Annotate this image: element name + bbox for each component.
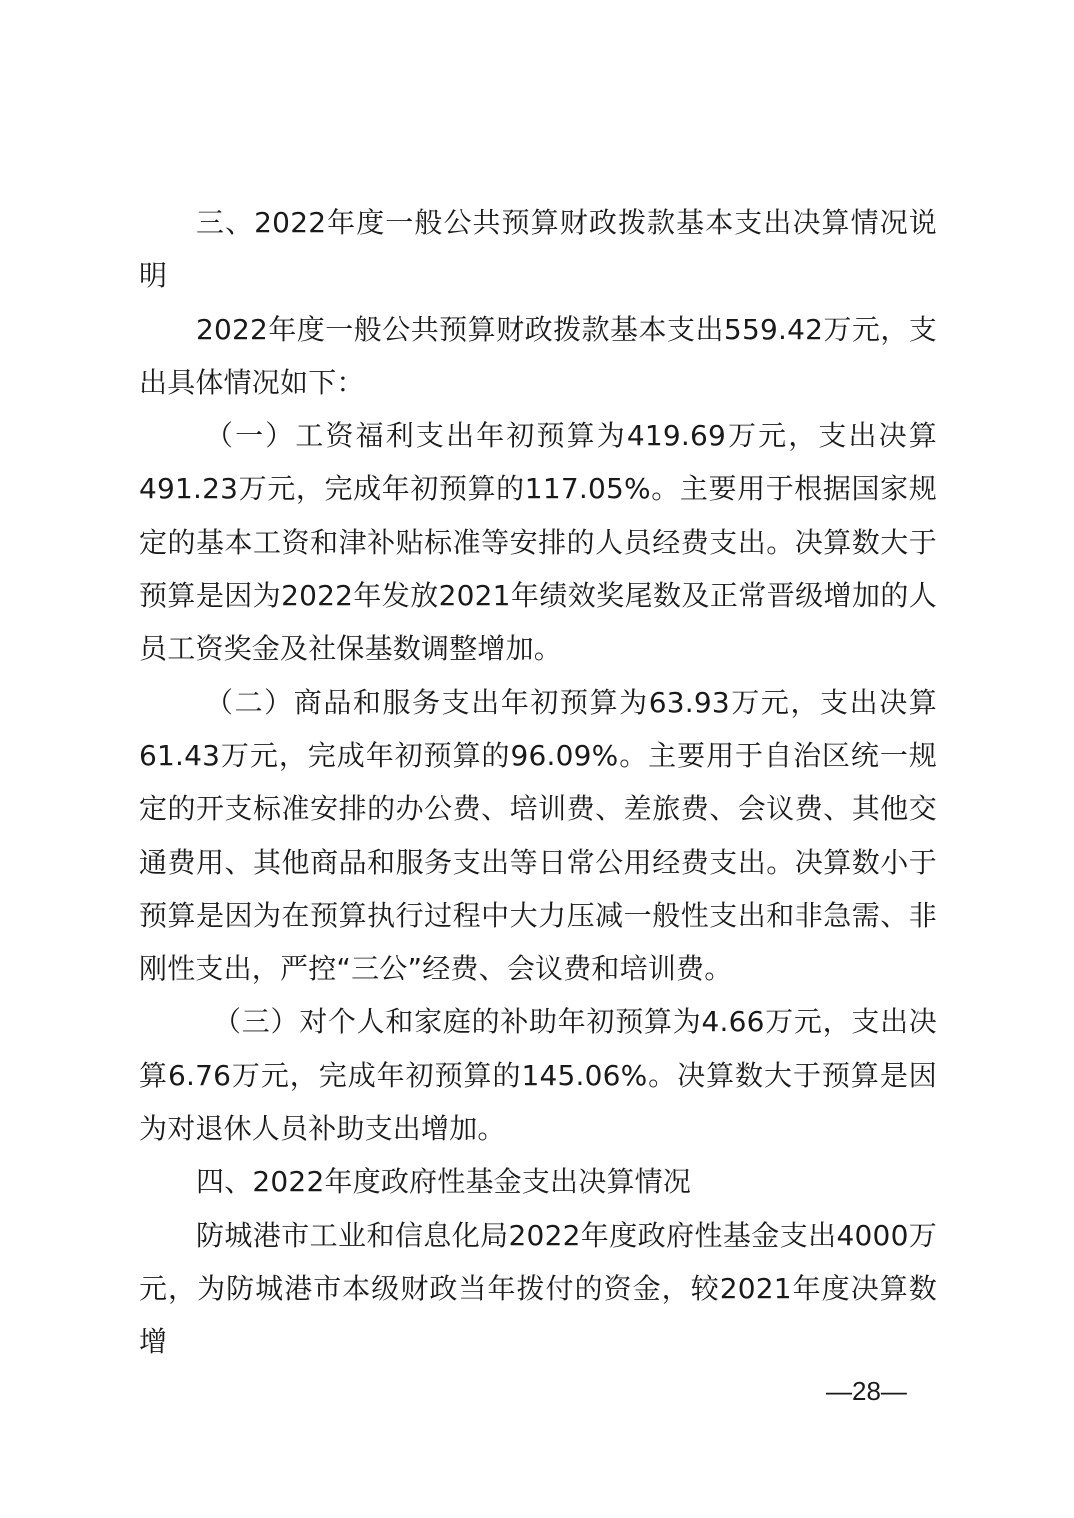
item-2-goods-services: （二）商品和服务支出年初预算为63.93万元，支出决算61.43万元，完成年初预… (139, 676, 937, 996)
section-3-heading: 三、2022年度一般公共预算财政拨款基本支出决算情况说明 (139, 196, 937, 303)
page-number: —28— (826, 1376, 907, 1407)
item-3-household-subsidy: （三）对个人和家庭的补助年初预算为4.66万元，支出决算6.76万元，完成年初预… (139, 995, 937, 1155)
section-4-body: 防城港市工业和信息化局2022年度政府性基金支出4000万元，为防城港市本级财政… (139, 1209, 937, 1369)
section-3-summary: 2022年度一般公共预算财政拨款基本支出559.42万元，支出具体情况如下： (139, 303, 937, 410)
item-1-salary-welfare: （一）工资福利支出年初预算为419.69万元，支出决算491.23万元，完成年初… (139, 409, 937, 675)
section-4-heading: 四、2022年度政府性基金支出决算情况 (139, 1155, 937, 1208)
document-page: 三、2022年度一般公共预算财政拨款基本支出决算情况说明 2022年度一般公共预… (139, 196, 937, 1369)
